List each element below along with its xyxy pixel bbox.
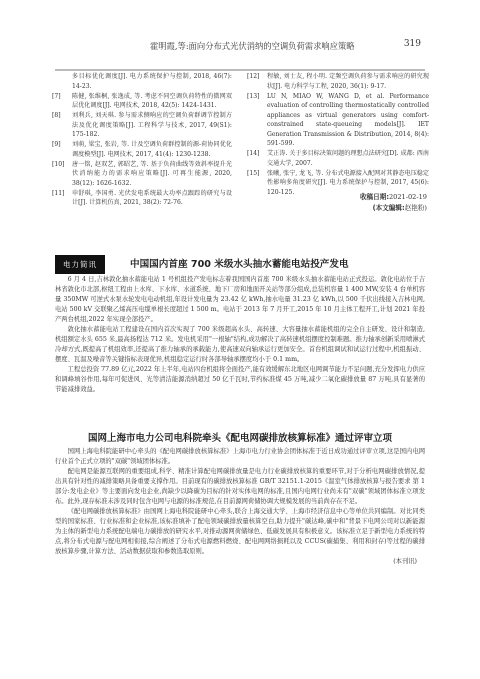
reference-item: 多目标优化调度[J]. 电力系统保护与控制, 2018, 46(7): 14-2… <box>52 72 232 91</box>
news1-paragraph: 6 月 4 日,吉林敦化抽水蓄能电站 1 号机组投产发电标志着我国国内首座 70… <box>55 275 425 325</box>
reference-item: [12]程敏, 刘士友, 程小明. 定频空调负荷参与需求响应的研究现状[J]. … <box>247 72 429 91</box>
reference-item: [10]唐一铭, 赵双艺, 郭昭艺, 等. 基于负荷曲线等效斜率提升光伏消纳能力… <box>52 160 232 189</box>
news2-body: 国网上海电科院能研中心牵头的《配电网碳排放核算标准》上海市电力行业协会团体标准于… <box>55 447 425 567</box>
news1-paragraph: 工程总投资 77.89 亿元,2022 年上半年,电站四台机组将全面投产,能有效… <box>55 365 425 395</box>
header-rule <box>55 69 425 71</box>
reference-item: [7]陈健, 张维桐, 张逸成, 等. 考虑不同空调负荷特性的微网双层优化调度[… <box>52 92 232 111</box>
page-number: 319 <box>404 39 421 49</box>
reference-item: [8]刘利兵, 刘天琪. 参与需求侧响应的空调负荷群调节控制方法及优化调度策略[… <box>52 111 232 140</box>
received-info: 收稿日期:2021-02-19 (本文编辑:赵艳粉) <box>247 192 427 214</box>
references-right-column: [12]程敏, 刘士友, 程小明. 定频空调负荷参与需求响应的研究现状[J]. … <box>247 72 429 198</box>
news2-paragraph: 国网上海电科院能研中心牵头的《配电网碳排放核算标准》上海市电力行业协会团体标准于… <box>55 447 425 467</box>
received-date: 收稿日期:2021-02-19 <box>247 192 427 203</box>
news1-paragraph: 敦化抽水蓄能电站工程建设在国内首次实现了 700 米级超高水头、高转速、大容量抽… <box>55 325 425 365</box>
news2-paragraph: 配电网是能源互联网的重要组成,科学、精准计算配电网碳排放量是电力行业碳排放核算的… <box>55 467 425 507</box>
running-title: 霍明霞,等:面向分布式光伏消纳的空调负荷需求响应策略 <box>150 40 355 52</box>
news-source: (本刊讯) <box>55 557 425 567</box>
running-header: 霍明霞,等:面向分布式光伏消纳的空调负荷需求响应策略 319 <box>55 40 425 54</box>
editor-line: (本文编辑:赵艳粉) <box>247 203 427 214</box>
news1-title: 中国国内首座 700 米级水头抽水蓄能电站投产发电 <box>130 256 349 270</box>
journal-page: 霍明霞,等:面向分布式光伏消纳的空调负荷需求响应策略 319 多目标优化调度[J… <box>0 0 480 679</box>
section-label: 电力简讯 <box>55 255 105 274</box>
ornamental-divider: ꜙꜙꜙꜙꜙꜙꜙꜙꜙꜙꜙꜙꜙꜙꜙꜙꜙꜙꜙꜙꜙꜙꜙꜙꜙꜙꜙꜙꜙꜙꜙꜙꜙꜙꜙꜙꜙꜙꜙꜙ… <box>40 239 440 244</box>
news1-body: 6 月 4 日,吉林敦化抽水蓄能电站 1 号机组投产发电标志着我国国内首座 70… <box>55 275 425 395</box>
reference-item: [11]申舒琪, 李国勇. 光伏发电系统最大功率点跟踪的研究与设计[J]. 计算… <box>52 189 232 208</box>
reference-item: [9]刘萌, 梁宝, 张岩, 等. 计及空调负荷群控制的源-荷协同优化调度模型[… <box>52 140 232 159</box>
reference-item: [13]LU N, MIAO W, WANG D, et al. Perform… <box>247 92 429 149</box>
news2-paragraph: 《配电网碳排放核算标准》由国网上海电科院能研中心牵头,联合上海交通大学、上海市经… <box>55 507 425 557</box>
news2-title: 国网上海市电力公司电科院牵头《配电网碳排放核算标准》通过评审立项 <box>0 430 480 444</box>
references-left-column: 多目标优化调度[J]. 电力系统保护与控制, 2018, 46(7): 14-2… <box>52 72 232 208</box>
reference-item: [14]艾正涛. 关于多目标决策问题的理想点法研究[D]. 成都: 西南交通大学… <box>247 149 429 168</box>
